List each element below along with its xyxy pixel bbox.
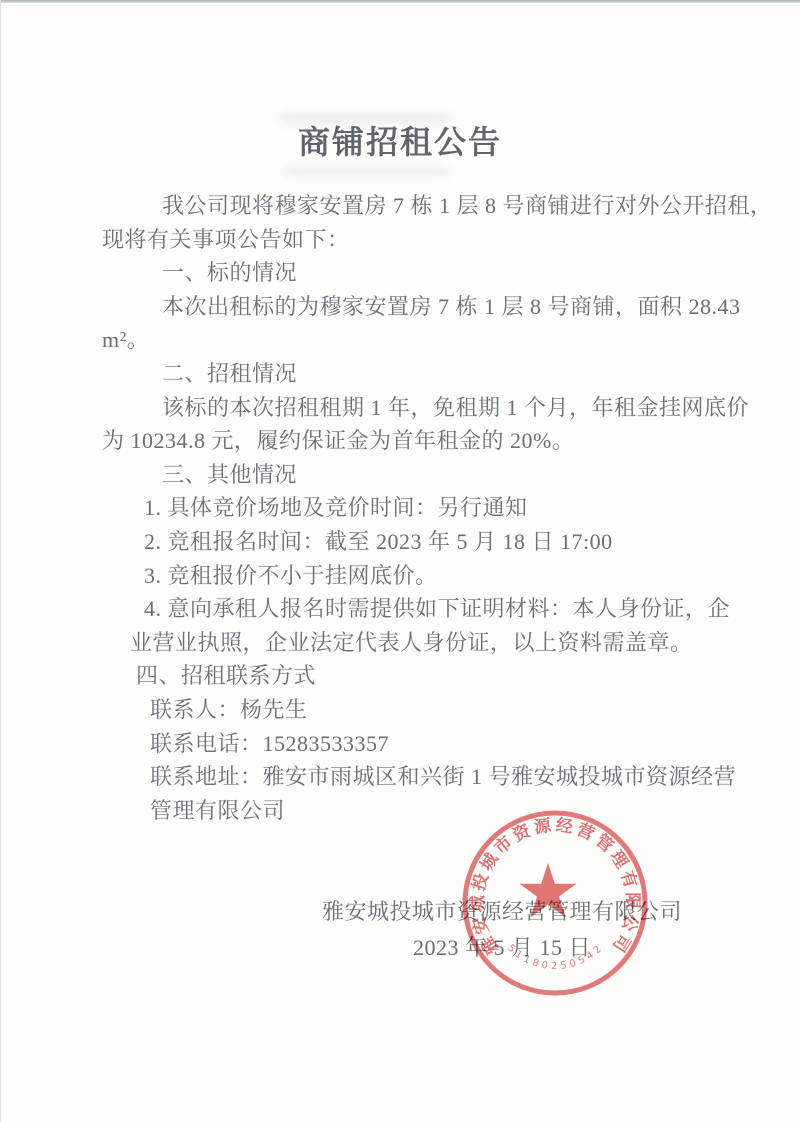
section-heading-4: 四、招租联系方式 [136,659,710,693]
contact-phone-line: 联系电话：15283533357 [150,727,710,761]
scan-edge-left [0,0,1,1122]
svg-text:51180250542: 51180250542 [505,942,606,973]
text-line: 该标的本次招租租期 1 年，免租期 1 个月，年租金挂网底价 [102,391,710,425]
list-item-4: 4. 意向承租人报名时需提供如下证明材料：本人身份证，企 [144,592,710,626]
text-line: 现将有关事项公告如下： [102,223,710,257]
text-line: 我公司现将穆家安置房 7 栋 1 层 8 号商铺进行对外公开招租， [102,189,710,223]
contact-person-line: 联系人：杨先生 [150,693,710,727]
list-item-4-wrap: 业营业执照，企业法定代表人身份证，以上资料需盖章。 [130,626,710,660]
scan-edge-top [0,0,800,3]
document-title: 商铺招租公告 [0,117,800,163]
text-line: 本次出租标的为穆家安置房 7 栋 1 层 8 号商铺，面积 28.43 [102,290,710,324]
section-heading-3: 三、其他情况 [102,458,710,492]
list-item-2: 2. 竞租报名时间：截至 2023 年 5 月 18 日 17:00 [144,525,710,559]
contact-address-line: 联系地址：雅安市雨城区和兴街 1 号雅安城投城市资源经营 [150,760,710,794]
company-seal-stamp: 雅安城投城市资源经营管理有限公司 51180250542 [460,808,650,998]
scan-smudge [284,167,449,176]
document-body: 我公司现将穆家安置房 7 栋 1 层 8 号商铺进行对外公开招租， 现将有关事项… [102,189,710,827]
text-line: 为 10234.8 元，履约保证金为首年租金的 20%。 [102,424,710,458]
section-heading-2: 二、招租情况 [102,357,710,391]
list-item-3: 3. 竞租报价不小于挂网底价。 [144,559,710,593]
star-icon [520,863,577,917]
text-line: m²。 [102,323,710,357]
section-heading-1: 一、标的情况 [102,256,710,290]
seal-serial-number: 51180250542 [505,942,606,973]
list-item-1: 1. 具体竞价场地及竞价时间：另行通知 [144,491,710,525]
